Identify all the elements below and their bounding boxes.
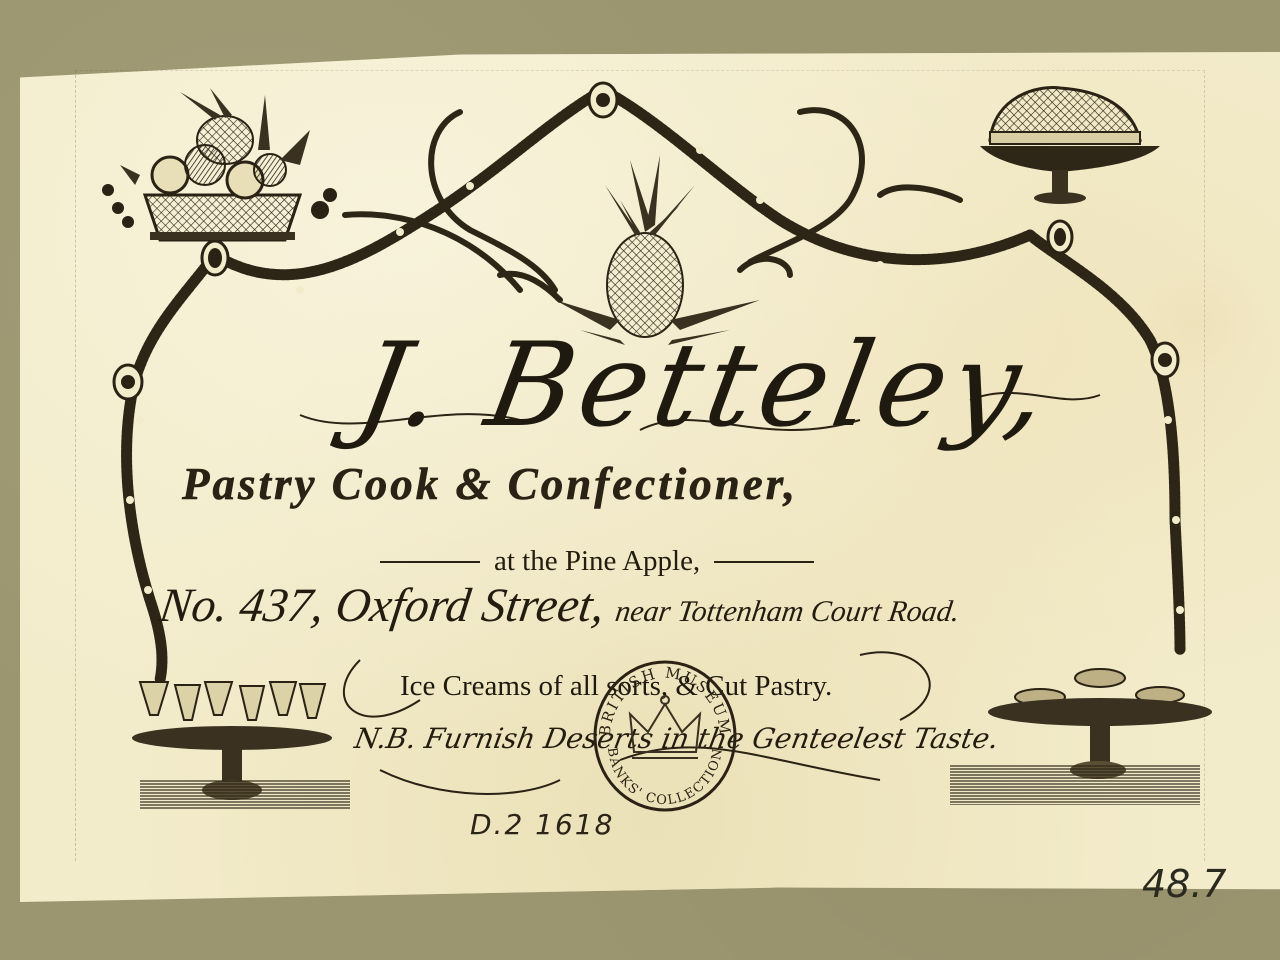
crown-icon [630,696,700,758]
address-tail: near Tottenham Court Road. [613,595,962,628]
museum-stamp: BRITISH MUSEUM BANKS' COLLECTION [586,654,744,812]
rule-left [380,561,480,563]
rosette-top [589,83,617,117]
address-main: No. 437, Oxford Street, [156,579,608,632]
inventory-mark: D.2 1618 [470,808,614,841]
proprietor-name: J. Betteley, [348,318,1064,453]
address: No. 437, Oxford Street, near Tottenham C… [156,578,964,633]
stamp-text-bottom: BANKS' COLLECTION [604,746,726,808]
stamp-text-top: BRITISH MUSEUM [596,663,735,737]
mount-number: 48.7 [1142,862,1227,906]
ice-cream-glasses-icon [132,682,350,810]
svg-text:BANKS' COLLECTION: BANKS' COLLECTION [604,746,726,808]
rule-right [714,561,814,563]
fruit-basket-icon [102,88,337,240]
rosette-mid-right [1152,343,1178,377]
shop-sign: at the Pine Apple, [494,545,700,578]
shop-sign-line: at the Pine Apple, [380,545,814,578]
rosette-mid-left [114,365,142,399]
rosette-right [1048,221,1072,253]
svg-text:BRITISH MUSEUM: BRITISH MUSEUM [596,663,735,737]
domed-confection-icon [980,88,1160,204]
rosette-left [202,241,228,275]
trade-title: Pastry Cook & Confectioner, [182,458,798,510]
